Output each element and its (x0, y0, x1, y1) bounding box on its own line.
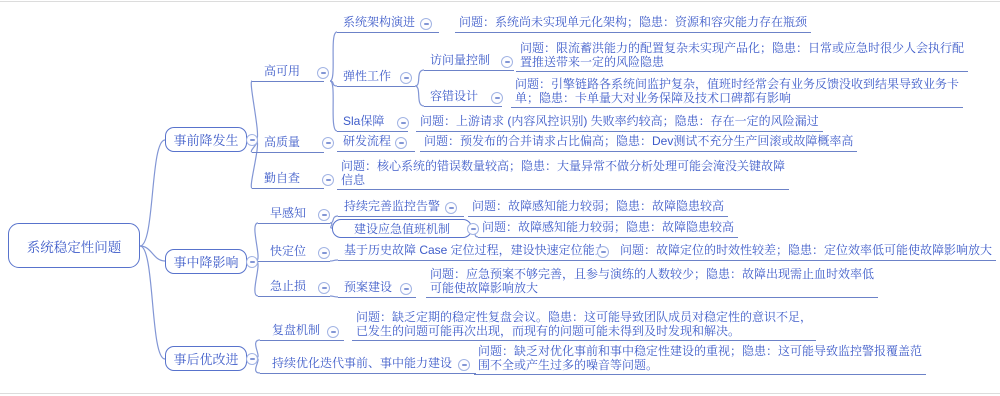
desc-monitor-alert[interactable]: 问题：故障感知能力较弱；隐患：故障隐患较高 (468, 198, 728, 217)
collapse-icon[interactable] (318, 282, 330, 294)
minus-icon (322, 252, 327, 254)
topic-self-check[interactable]: 勤自查 (252, 170, 324, 189)
branch-pre[interactable]: 事前降发生 (165, 127, 247, 152)
topic-case-locating[interactable]: 基于历史故障 Case 定位过程，建设快速定位能力 (338, 242, 617, 261)
desc-fault-tolerance[interactable]: 问题：引擎链路各系统间监护复杂，值班时经常会有业务反馈没收到结果导致业务卡 单；… (511, 76, 963, 108)
desc-traffic-control[interactable]: 问题：限流蓄洪能力的配置复杂未实现产品化；隐患：日常或应急时很少人会执行配 置推… (516, 40, 968, 72)
minus-icon (321, 72, 326, 74)
root-topic-label: 系统稳定性问题 (27, 236, 122, 256)
branch-mid[interactable]: 事中降影响 (165, 249, 247, 274)
topic-oncall-mechanism[interactable]: 建设应急值班机制 (332, 219, 472, 238)
topic-continuous-iteration[interactable]: 持续优化迭代事前、事中能力建设 (260, 355, 476, 374)
minus-icon (250, 139, 255, 141)
desc-plan-building[interactable]: 问题：应急预案不够完善，且参与演练的人数较少；隐患：故障出现需止血时效率低 可能… (426, 266, 878, 298)
desc-self-check[interactable]: 问题：核心系统的错误数量较高；隐患：大量异常不做分析处理可能会淹没关键故障 信息 (337, 158, 789, 190)
topic-oncall-label: 建设应急值班机制 (354, 220, 450, 237)
minus-icon (424, 23, 429, 25)
collapse-icon[interactable] (322, 174, 334, 186)
collapse-icon[interactable] (318, 209, 330, 221)
desc-oncall-mechanism[interactable]: 问题：故障感知能力较弱；隐患：故障隐患较高 (478, 219, 738, 238)
collapse-icon[interactable] (246, 256, 258, 268)
collapse-icon[interactable] (445, 202, 457, 214)
branch-pre-label: 事前降发生 (173, 130, 238, 149)
minus-icon (326, 142, 331, 144)
desc-sla[interactable]: 问题：上游请求 (内容风控识别) 失败率约较高；隐患：存在一定的风险漏过 (416, 113, 823, 132)
minus-icon (326, 179, 331, 181)
minus-icon (601, 251, 606, 253)
collapse-icon[interactable] (458, 359, 470, 371)
collapse-icon[interactable] (322, 137, 334, 149)
collapse-icon[interactable] (317, 67, 329, 79)
collapse-icon[interactable] (467, 223, 479, 235)
minus-icon (495, 97, 500, 99)
minus-icon (401, 122, 406, 124)
branch-post[interactable]: 事后优改进 (165, 346, 247, 371)
minus-icon (462, 364, 467, 366)
collapse-icon[interactable] (501, 56, 513, 68)
collapse-icon[interactable] (400, 283, 412, 295)
minus-icon (322, 287, 327, 289)
minus-icon (331, 331, 336, 333)
desc-case-locating[interactable]: 问题：故障定位的时效性较差；隐患：定位效率低可能使故障影响放大 (616, 242, 996, 261)
collapse-icon[interactable] (318, 247, 330, 259)
branch-post-label: 事后优改进 (173, 349, 238, 368)
bottom-frame-line (0, 393, 1000, 394)
topic-high-quality[interactable]: 高质量 (252, 134, 324, 153)
collapse-icon[interactable] (395, 137, 407, 149)
top-frame-line (0, 1, 1000, 2)
minus-icon (250, 358, 255, 360)
collapse-icon[interactable] (597, 246, 609, 258)
desc-dev-process[interactable]: 问题：预发布的合并请求占比偏高；隐患：Dev测试不充分生产回滚或故障概率高 (420, 133, 857, 152)
collapse-icon[interactable] (246, 353, 258, 365)
desc-arch-evolution[interactable]: 问题：系统尚未实现单元化架构；隐患：资源和容灾能力存在瓶颈 (455, 14, 811, 33)
minus-icon (404, 288, 409, 290)
root-topic[interactable]: 系统稳定性问题 (8, 223, 140, 268)
minus-icon (471, 228, 476, 230)
collapse-icon[interactable] (246, 134, 258, 146)
minus-icon (399, 142, 404, 144)
collapse-icon[interactable] (397, 117, 409, 129)
minus-icon (322, 214, 327, 216)
minus-icon (404, 77, 409, 79)
minus-icon (250, 261, 255, 263)
minus-icon (449, 207, 454, 209)
collapse-icon[interactable] (491, 92, 503, 104)
topic-high-availability[interactable]: 高可用 (252, 63, 324, 82)
desc-review-mechanism[interactable]: 问题：缺乏定期的稳定性复盘会议。隐患：这可能导致团队成员对稳定性的意识不足， 已… (352, 309, 816, 341)
collapse-icon[interactable] (420, 18, 432, 30)
branch-mid-label: 事中降影响 (173, 252, 238, 271)
collapse-icon[interactable] (400, 72, 412, 84)
minus-icon (505, 61, 510, 63)
mindmap-canvas[interactable]: 系统稳定性问题 事前降发生 事中降影响 事后优改进 高可用 高质量 勤自查 系统… (0, 0, 1000, 396)
desc-continuous-iteration[interactable]: 问题：缺乏对优化事前和事中稳定性建设的重视；隐患：这可能导致监控警报覆盖范 围不… (474, 343, 926, 375)
collapse-icon[interactable] (327, 326, 339, 338)
